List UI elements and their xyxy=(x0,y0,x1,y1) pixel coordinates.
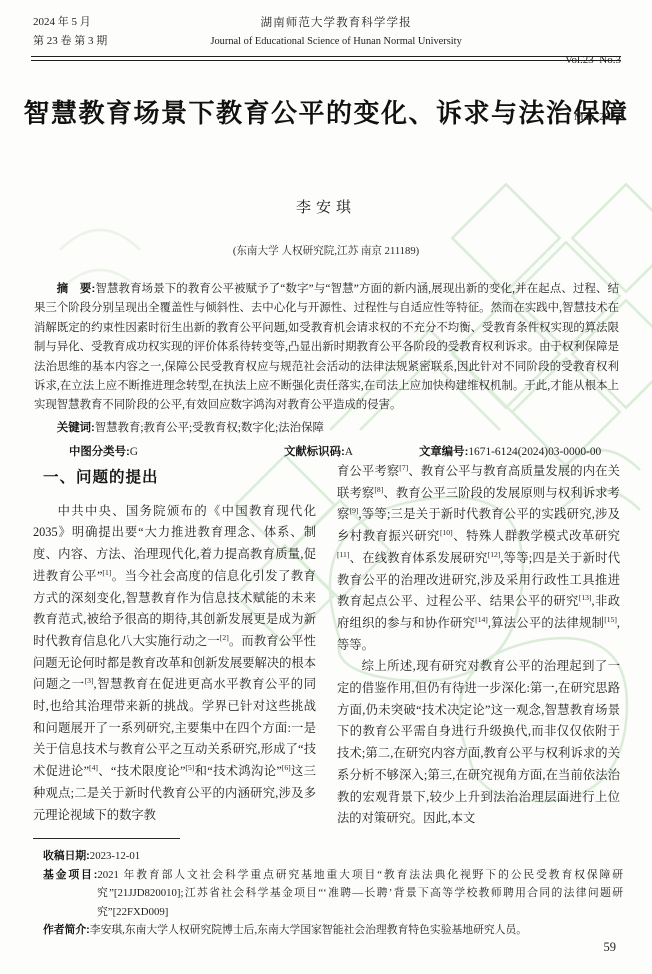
author-name: 李安琪 xyxy=(0,196,652,217)
keywords-line: 关键词:智慧教育;教育公平;受教育权;数字化;法治保障 xyxy=(34,419,619,438)
header-journal-name: 湖南师范大学教育科学学报 Journal of Educational Scie… xyxy=(210,13,461,165)
keywords-label: 关键词: xyxy=(57,422,95,434)
fund-project-label: 基金项目: xyxy=(43,869,97,881)
page-number: 59 xyxy=(604,940,617,955)
footnote-divider-rule xyxy=(33,838,180,839)
fund-project-text: 2021 年教育部人文社会科学重点研究基地重大项目“教育法法典化视野下的公民受教… xyxy=(97,869,623,918)
author-bio-note: 作者简介:李安琪,东南大学人权研究院博士后,东南大学国家智能社会治理教育特色实验… xyxy=(33,921,623,940)
document-code-label: 文献标识码: xyxy=(284,446,345,458)
article-title: 智慧教育场景下教育公平的变化、诉求与法治保障 xyxy=(18,93,634,130)
received-date-value: 2023-12-01 xyxy=(90,850,140,862)
header-volume-info: Vol.23 No.3 May, 2024 xyxy=(565,13,621,165)
journal-name-chinese: 湖南师范大学教育科学学报 xyxy=(210,13,461,32)
body-column-right: 育公平考察[7]、教育公平与教育高质量发展的内在关联考察[8]、教育公平三阶段的… xyxy=(337,461,620,857)
section-heading-1: 一、问题的提出 xyxy=(33,467,316,489)
article-id-label: 文章编号: xyxy=(419,446,468,458)
document-code-value: A xyxy=(345,446,353,458)
clc-number: 中图分类号:G xyxy=(69,443,138,462)
received-date-label: 收稿日期: xyxy=(43,850,90,862)
abstract-text: 智慧教育场景下的教育公平被赋予了“数字”与“智慧”方面的新内涵,展现出新的变化,… xyxy=(34,283,619,411)
body-column-left: 一、问题的提出 中共中央、国务院颁布的《中国教育现代化2035》明确提出要“大力… xyxy=(33,461,316,839)
article-id-value: 1671-6124(2024)03-0000-00 xyxy=(468,446,601,458)
document-code: 文献标识码:A xyxy=(284,443,353,462)
fund-project-note: 基金项目:2021 年教育部人文社会科学重点研究基地重大项目“教育法法典化视野下… xyxy=(33,866,623,922)
journal-first-page: 2024 年 5 月 第 23 卷 第 3 期 湖南师范大学教育科学学报 Jou… xyxy=(0,0,652,974)
body-paragraph: 育公平考察[7]、教育公平与教育高质量发展的内在关联考察[8]、教育公平三阶段的… xyxy=(337,461,620,656)
clc-value: G xyxy=(130,446,138,458)
header-issue-info: 2024 年 5 月 第 23 卷 第 3 期 xyxy=(33,13,107,165)
author-bio-text: 李安琪,东南大学人权研究院博士后,东南大学国家智能社会治理教育特色实验基地研究人… xyxy=(90,924,527,936)
clc-label: 中图分类号: xyxy=(69,446,130,458)
abstract-block: 摘 要:智慧教育场景下的教育公平被赋予了“数字”与“智慧”方面的新内涵,展现出新… xyxy=(34,280,619,463)
article-id: 文章编号:1671-6124(2024)03-0000-00 xyxy=(419,443,601,462)
abstract-paragraph: 摘 要:智慧教育场景下的教育公平被赋予了“数字”与“智慧”方面的新内涵,展现出新… xyxy=(34,280,619,416)
journal-name-english: Journal of Educational Science of Hunan … xyxy=(210,32,461,51)
author-affiliation: (东南大学 人权研究院,江苏 南京 211189) xyxy=(0,243,652,258)
author-bio-label: 作者简介: xyxy=(43,924,90,936)
keywords-text: 智慧教育;教育公平;受教育权;数字化;法治保障 xyxy=(95,422,324,434)
header-divider-rule xyxy=(31,56,621,61)
body-paragraph: 综上所述,现有研究对教育公平的治理起到了一定的借鉴作用,但仍有待进一步深化:第一… xyxy=(337,656,620,830)
header-volume-cn: 第 23 卷 第 3 期 xyxy=(33,32,107,51)
body-paragraph: 中共中央、国务院颁布的《中国教育现代化2035》明确提出要“大力推进教育理念、体… xyxy=(33,501,316,827)
abstract-label: 摘 要: xyxy=(57,283,95,295)
footnotes-block: 收稿日期:2023-12-01 基金项目:2021 年教育部人文社会科学重点研究… xyxy=(33,847,623,940)
header-date-cn: 2024 年 5 月 xyxy=(33,13,107,32)
received-date-note: 收稿日期:2023-12-01 xyxy=(33,847,623,866)
journal-header: 2024 年 5 月 第 23 卷 第 3 期 湖南师范大学教育科学学报 Jou… xyxy=(33,13,621,165)
